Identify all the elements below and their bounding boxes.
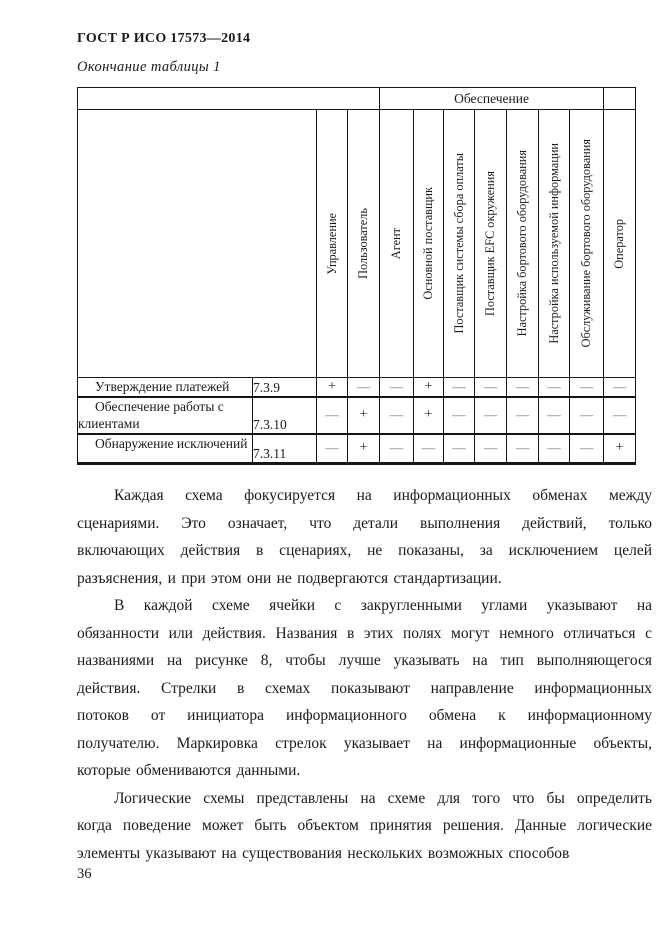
body-paragraph: Логические схемы представлены на схеме д… xyxy=(77,785,652,868)
matrix-cell: + xyxy=(348,397,380,434)
text-line: потоков от инициатора информационного об… xyxy=(77,702,652,730)
text-line: Каждая схема фокусируется на информацион… xyxy=(77,482,652,510)
matrix-cell: — xyxy=(570,378,604,397)
matrix-cell: — xyxy=(539,397,570,434)
text-line: элементы указывают на существования неск… xyxy=(77,840,652,868)
text-line: когда поведение может быть объектом прин… xyxy=(77,812,652,840)
row-label: Утверждение платежей xyxy=(78,378,253,397)
body-text: Каждая схема фокусируется на информацион… xyxy=(77,482,652,867)
document-page: ГОСТ Р ИСО 17573—2014 Окончание таблицы … xyxy=(0,0,661,935)
column-header-row: Управление Пользователь Агент Основной п… xyxy=(78,110,636,378)
body-paragraph: Каждая схема фокусируется на информацион… xyxy=(77,482,652,592)
matrix-cell: — xyxy=(444,434,475,464)
text-line: названиями на рисунке 8, чтобы лучше ука… xyxy=(77,647,652,675)
table-row: Обнаружение исключений 7.3.11 — + — — — … xyxy=(78,434,636,464)
column-header-nastroyka-oborudovaniya: Настройка бортового оборудования xyxy=(507,110,539,378)
text-line: Логические схемы представлены на схеме д… xyxy=(77,785,652,813)
table-continuation-caption: Окончание таблицы 1 xyxy=(77,59,221,76)
matrix-cell: — xyxy=(507,434,539,464)
matrix-cell: — xyxy=(348,378,380,397)
table-row: Обеспечение работы с клиентами 7.3.10 — … xyxy=(78,397,636,434)
column-header-postavshchik-sbora-oplaty: Поставщик системы сбора оплаты xyxy=(444,110,475,378)
column-header-agent: Агент xyxy=(380,110,414,378)
clause-number: 7.3.9 xyxy=(253,378,317,397)
matrix-cell: — xyxy=(380,434,414,464)
text-line: получателю. Маркировка стрелок указывает… xyxy=(77,730,652,758)
text-line: разъяснения, и при этом они не подвергаю… xyxy=(77,565,652,593)
matrix-cell: — xyxy=(444,378,475,397)
matrix-cell: + xyxy=(414,378,444,397)
matrix-cell: + xyxy=(317,378,348,397)
column-header-polzovatel: Пользователь xyxy=(348,110,380,378)
matrix-cell: — xyxy=(539,378,570,397)
row-label: Обеспечение работы с клиентами xyxy=(78,397,253,434)
text-line: обязанности или действия. Названия в эти… xyxy=(77,620,652,648)
text-line: которые обмениваются данными. xyxy=(77,757,652,785)
column-header-obsluzhivanie: Обслуживание бортового оборудования xyxy=(570,110,604,378)
matrix-cell: — xyxy=(380,397,414,434)
group-header-row: Обеспечение xyxy=(78,88,636,110)
group-header-cell: Обеспечение xyxy=(380,88,604,110)
matrix-cell: — xyxy=(317,397,348,434)
matrix-cell: — xyxy=(604,378,636,397)
column-header-operator: Оператор xyxy=(604,110,636,378)
column-header-postavshchik-efc: Поставщик EFC окружения xyxy=(475,110,507,378)
matrix-cell: + xyxy=(604,434,636,464)
responsibility-matrix: Обеспечение Управление Пользователь Аген… xyxy=(77,87,636,465)
text-line: включающих действия в сценариях, не пока… xyxy=(77,537,652,565)
matrix-cell: + xyxy=(414,397,444,434)
matrix-cell: — xyxy=(444,397,475,434)
text-line: В каждой схеме ячейки с закругленными уг… xyxy=(77,592,652,620)
matrix-cell: — xyxy=(539,434,570,464)
clause-number: 7.3.10 xyxy=(253,397,317,434)
row-label: Обнаружение исключений xyxy=(78,434,253,464)
header-spacer xyxy=(78,88,380,110)
column-header-nastroyka-informatsii: Настройка используемой информации xyxy=(539,110,570,378)
page-number: 36 xyxy=(77,866,92,883)
matrix-cell: — xyxy=(570,434,604,464)
matrix-cell: — xyxy=(380,378,414,397)
text-line: действия. Стрелки в схемах показывают на… xyxy=(77,675,652,703)
matrix-cell: + xyxy=(348,434,380,464)
matrix-cell: — xyxy=(475,378,507,397)
body-paragraph: В каждой схеме ячейки с закругленными уг… xyxy=(77,592,652,785)
header-spacer xyxy=(604,88,636,110)
matrix-cell: — xyxy=(507,397,539,434)
table-row: Утверждение платежей 7.3.9 + — — + — — —… xyxy=(78,378,636,397)
doc-code: ГОСТ Р ИСО 17573—2014 xyxy=(77,31,250,47)
column-header-osnovnoy-postavshchik: Основной поставщик xyxy=(414,110,444,378)
matrix-cell: — xyxy=(317,434,348,464)
matrix-cell: — xyxy=(604,397,636,434)
clause-number: 7.3.11 xyxy=(253,434,317,464)
header-spacer xyxy=(78,110,317,378)
text-line: сценариями. Это означает, что детали вып… xyxy=(77,510,652,538)
responsibility-matrix-table: Обеспечение Управление Пользователь Аген… xyxy=(77,87,636,465)
column-header-upravlenie: Управление xyxy=(317,110,348,378)
matrix-cell: — xyxy=(507,378,539,397)
matrix-cell: — xyxy=(475,434,507,464)
matrix-cell: — xyxy=(570,397,604,434)
matrix-cell: — xyxy=(475,397,507,434)
matrix-cell: — xyxy=(414,434,444,464)
